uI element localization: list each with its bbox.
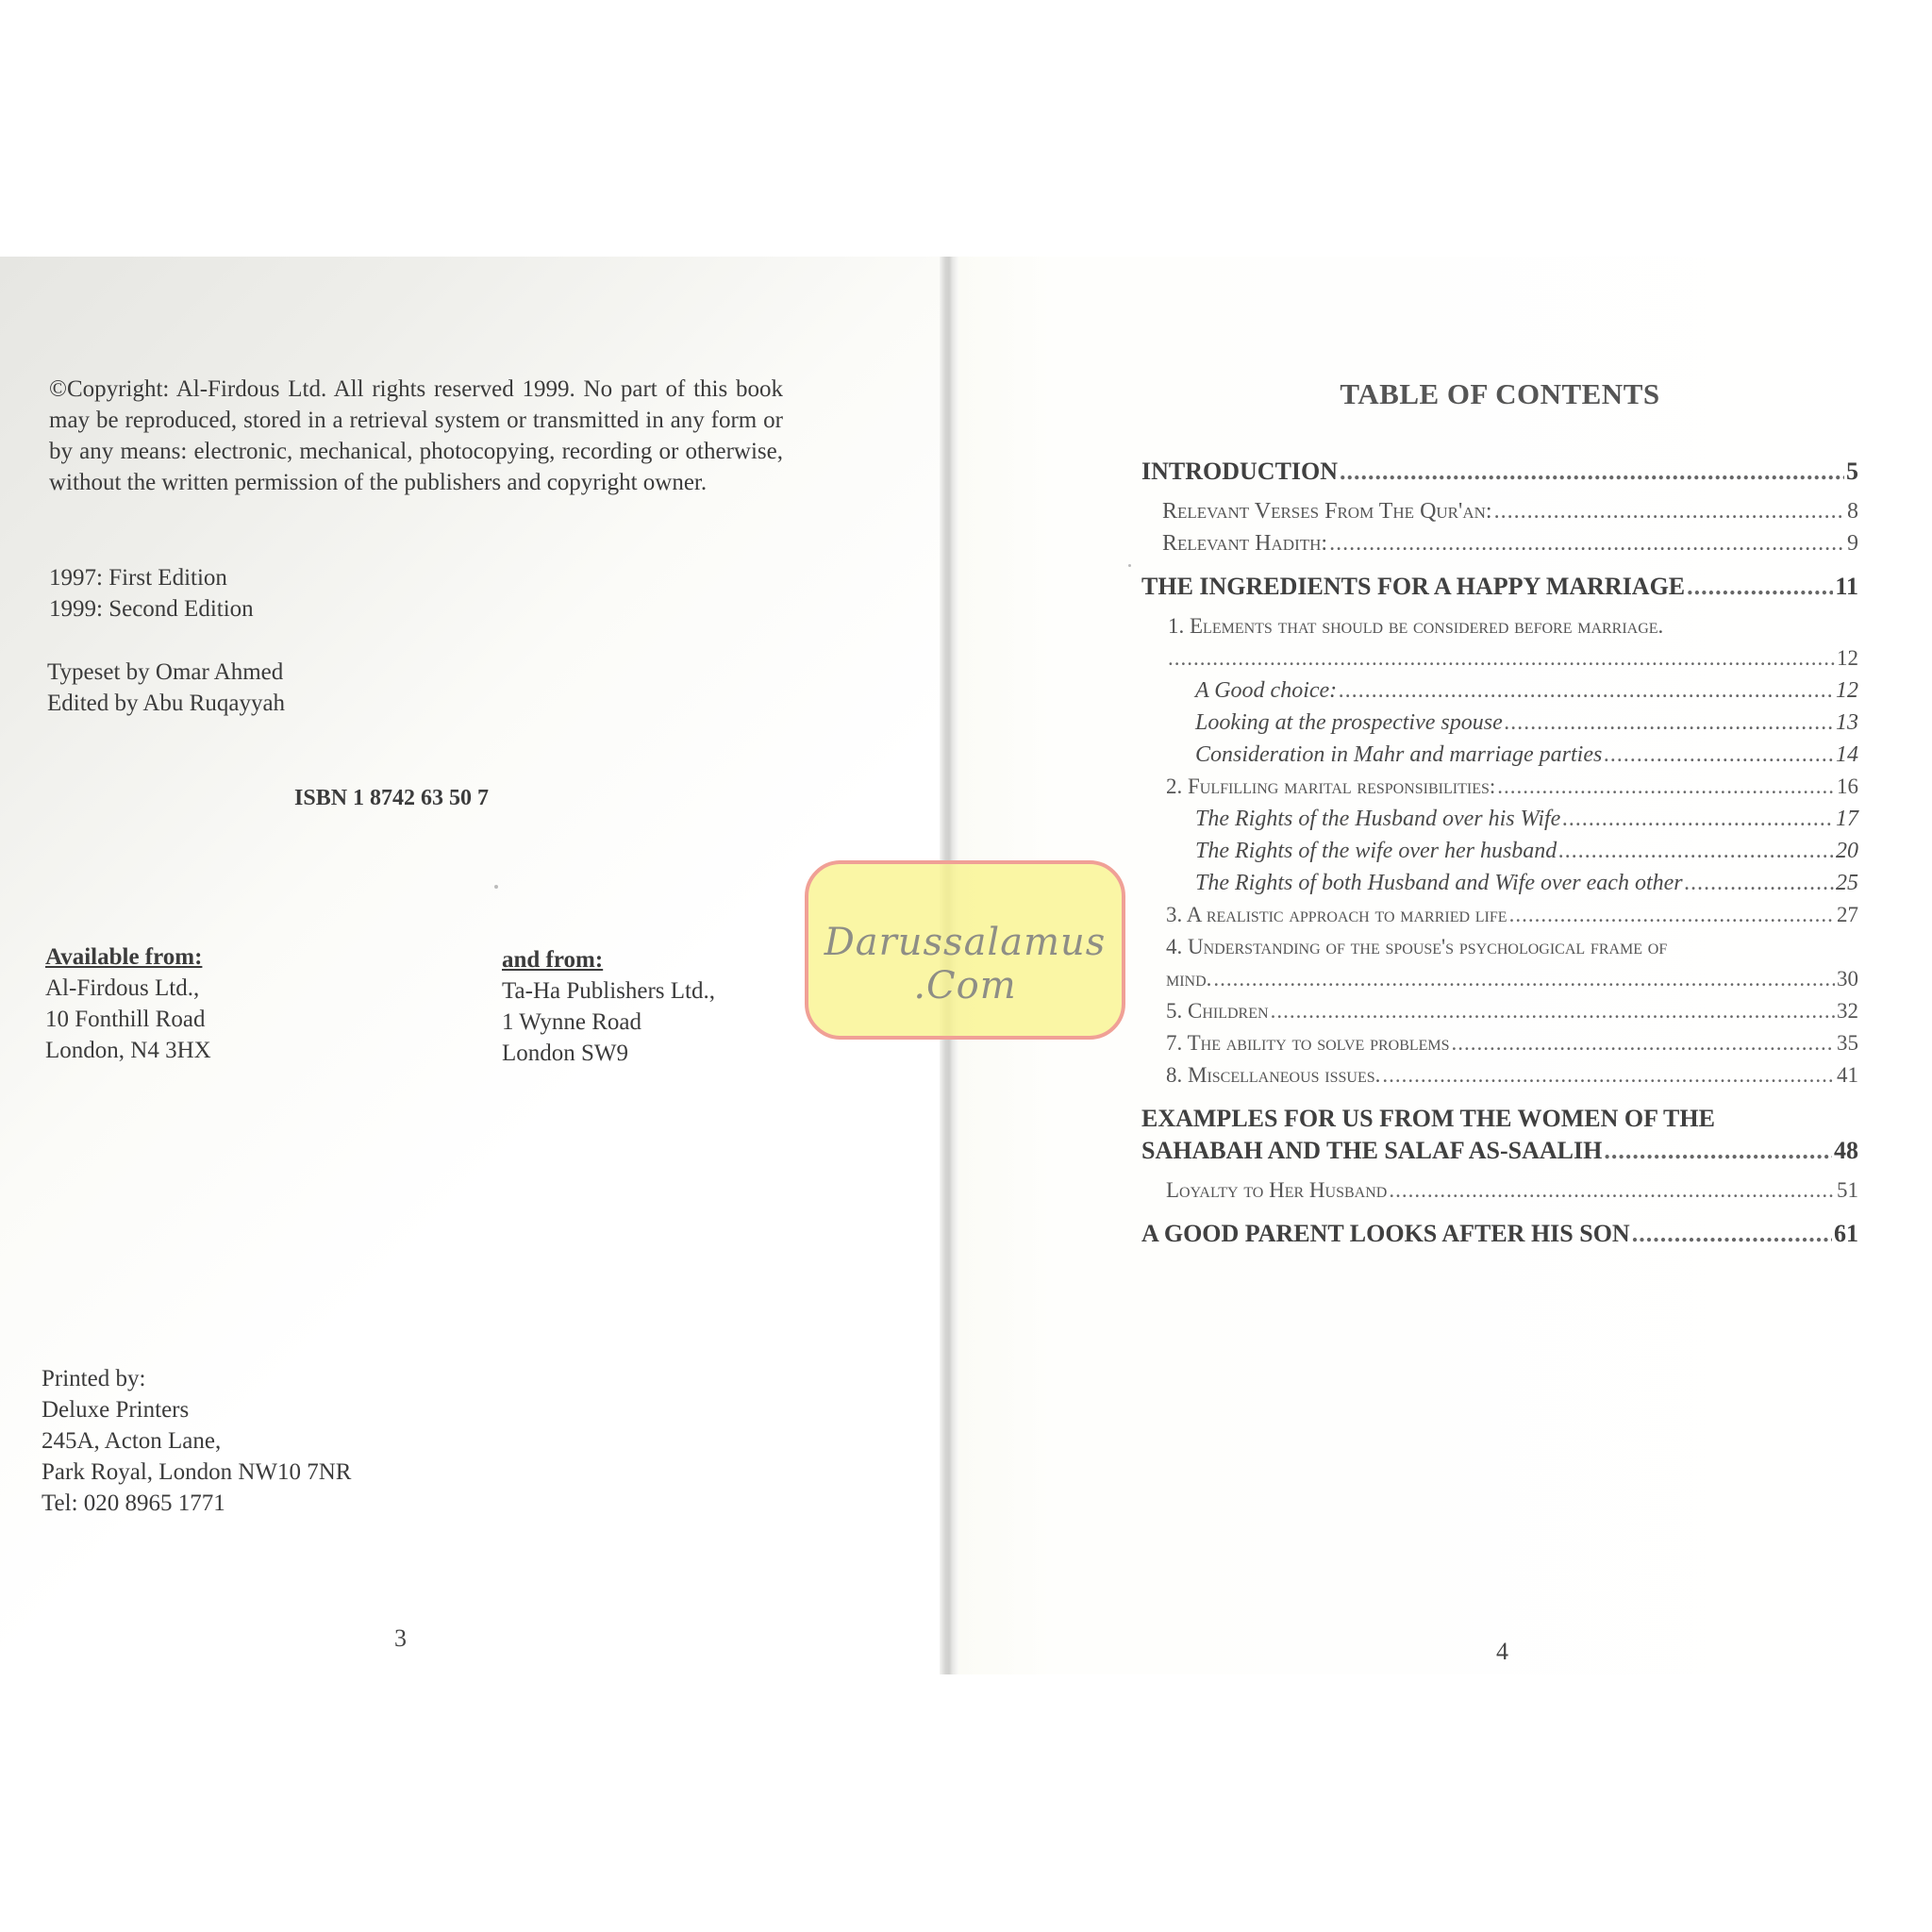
toc-entry[interactable]: Looking at the prospective spouse13 <box>1141 710 1858 742</box>
address-line: 10 Fonthill Road <box>45 1004 205 1035</box>
toc-entry[interactable]: 5. Children32 <box>1141 999 1858 1031</box>
toc-entry[interactable]: The Rights of the wife over her husband2… <box>1141 839 1858 871</box>
toc-entry-line[interactable]: 4. Understanding of the spouse's psychol… <box>1141 935 1858 967</box>
edition-line: 1997: First Edition <box>49 562 227 593</box>
paper-speck <box>1128 564 1131 567</box>
toc-entry[interactable]: 8. Miscellaneous issues.41 <box>1141 1063 1858 1095</box>
watermark-text: Darussalamus <box>808 921 1122 964</box>
address-line: 1 Wynne Road <box>502 1007 641 1038</box>
toc-entry[interactable]: Consideration in Mahr and marriage parti… <box>1141 742 1858 774</box>
address-line: Al-Firdous Ltd., <box>45 973 199 1004</box>
toc-entry[interactable]: 7. The ability to solve problems35 <box>1141 1031 1858 1063</box>
toc-entry[interactable]: 12 <box>1141 646 1858 678</box>
address-line: Ta-Ha Publishers Ltd., <box>502 975 715 1007</box>
watermark-text-domain: .Com <box>808 964 1122 1008</box>
toc-entry[interactable]: The Rights of both Husband and Wife over… <box>1141 871 1858 903</box>
available-from-heading: Available from: <box>45 941 202 973</box>
watermark-badge: Darussalamus .Com <box>805 860 1125 1040</box>
printer-line: Deluxe Printers <box>42 1394 189 1425</box>
toc-entry[interactable]: 2. Fulfilling marital responsibilities:1… <box>1141 774 1858 807</box>
toc-entry[interactable]: A Good choice:12 <box>1141 678 1858 710</box>
edition-line: 1999: Second Edition <box>49 593 254 625</box>
and-from-heading: and from: <box>502 944 603 975</box>
toc-entry[interactable]: THE INGREDIENTS FOR A HAPPY MARRIAGE11 <box>1141 573 1858 605</box>
toc-entry[interactable]: Loyalty to Her Husband51 <box>1141 1178 1858 1210</box>
address-line: London SW9 <box>502 1038 628 1069</box>
typeset-credit: Typeset by Omar Ahmed <box>47 657 283 688</box>
printer-line: Tel: 020 8965 1771 <box>42 1488 225 1519</box>
printer-line: Park Royal, London NW10 7NR <box>42 1457 351 1488</box>
toc-entry[interactable]: A GOOD PARENT LOOKS AFTER HIS SON61 <box>1141 1220 1858 1252</box>
toc-title: TABLE OF CONTENTS <box>1141 377 1858 411</box>
page-number-right: 4 <box>1496 1638 1508 1666</box>
toc-entry[interactable]: INTRODUCTION5 <box>1141 458 1858 490</box>
isbn: ISBN 1 8742 63 50 7 <box>294 783 489 814</box>
toc-entry[interactable]: Relevant Verses From The Qur'an:8 <box>1141 499 1858 531</box>
page-number-left: 3 <box>394 1624 407 1653</box>
address-line: London, N4 3HX <box>45 1035 211 1066</box>
toc-entry[interactable]: Relevant Hadith:9 <box>1141 531 1858 563</box>
paper-speck <box>494 885 498 889</box>
copyright-notice: ©Copyright: Al-Firdous Ltd. All rights r… <box>49 374 783 498</box>
printer-line: 245A, Acton Lane, <box>42 1425 221 1457</box>
toc-entry-line[interactable]: EXAMPLES FOR US FROM THE WOMEN OF THE <box>1141 1105 1858 1137</box>
toc-entry[interactable]: mind.30 <box>1141 967 1858 999</box>
printed-by-heading: Printed by: <box>42 1363 145 1394</box>
toc-entry-line[interactable]: 1. Elements that should be considered be… <box>1141 614 1858 646</box>
toc-entry[interactable]: SAHABAH AND THE SALAF AS-SAALIH48 <box>1141 1137 1858 1169</box>
toc-entry[interactable]: The Rights of the Husband over his Wife1… <box>1141 807 1858 839</box>
toc-entry[interactable]: 3. A realistic approach to married life2… <box>1141 903 1858 935</box>
editor-credit: Edited by Abu Ruqayyah <box>47 688 285 719</box>
table-of-contents: INTRODUCTION5 Relevant Verses From The Q… <box>1141 458 1858 1252</box>
